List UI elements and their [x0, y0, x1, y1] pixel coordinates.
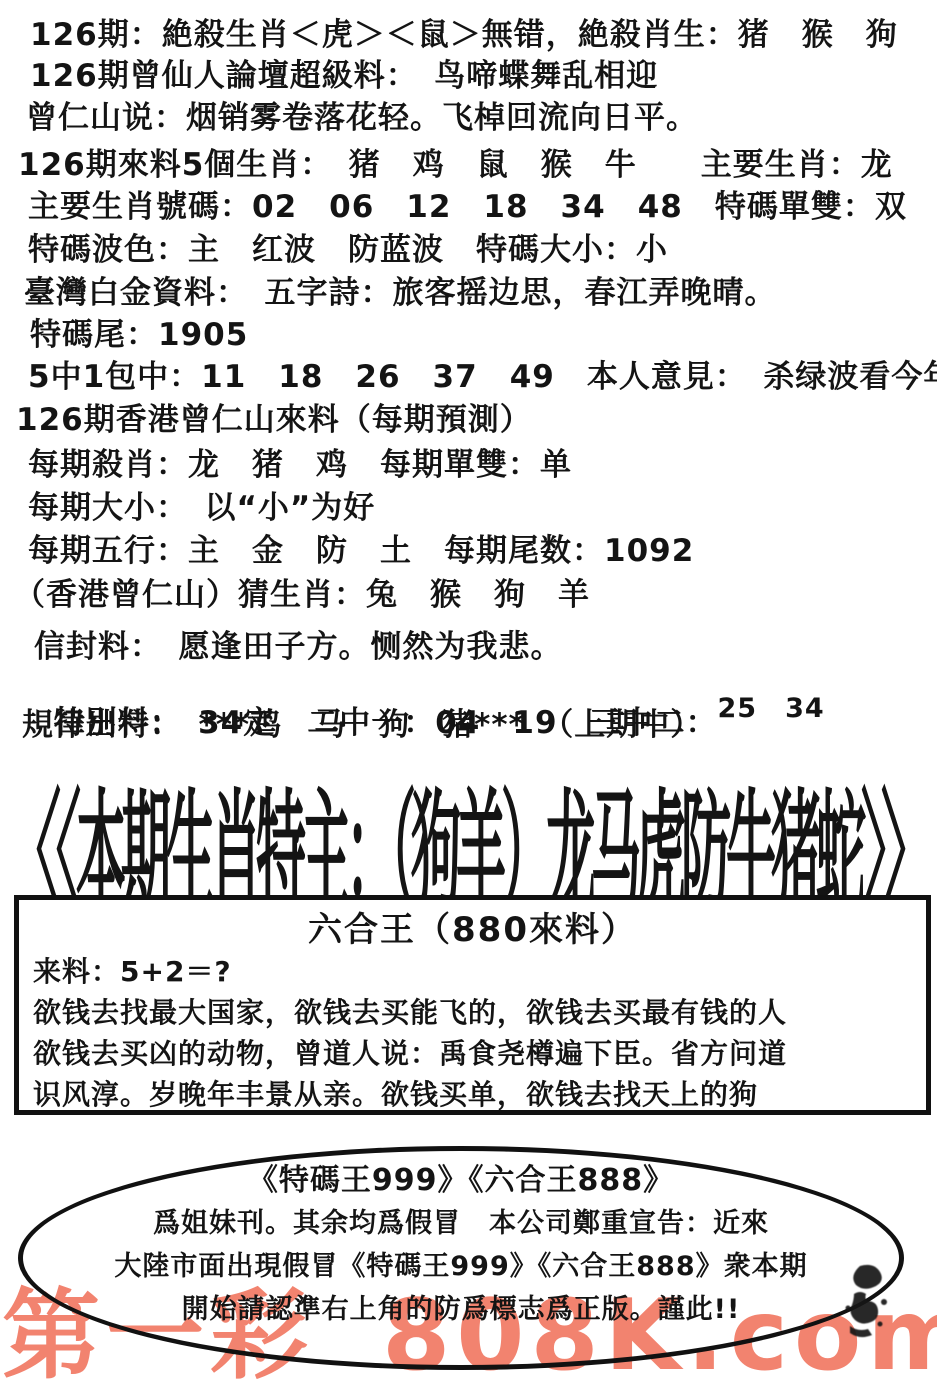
promo-oval: 《特碼王999》《六合王888》 爲姐妹刊。其余均爲假冒 本公司鄭重宣告：近來 …: [18, 1146, 904, 1370]
box-line-riddle-1: 欲钱去找最大国家，欲钱去买能飞的，欲钱去买最有钱的人: [33, 992, 912, 1033]
text-line-taiwan-poem: 臺灣白金資料： 五字詩：旅客摇边思，春江弄晚晴。: [24, 276, 777, 310]
oval-line-titles: 《特碼王999》《六合王888》: [23, 1159, 899, 1202]
text-line-pattern-special: 規律出特： ***鸡 马 狗 猪*** （上期中）: [22, 708, 702, 742]
text-line-envelope: 信封料： 愿逢田子方。恻然为我悲。: [34, 630, 563, 664]
box-title-text: 六合王（880來料）: [33, 902, 912, 951]
text-line-wave-color: 特碼波色：主 红波 防蓝波 特碼大小：小: [28, 233, 668, 267]
text-line-five-zodiacs: 126期來料5個生肖： 猪 鸡 鼠 猴 牛 主要生肖：龙: [18, 148, 893, 182]
oval-line-sister: 爲姐妹刊。其余均爲假冒 本公司鄭重宣告：近來: [23, 1202, 899, 1245]
box-line-riddle-3: 识风淳。岁晚年丰景从亲。欲钱买单，欲钱去找天上的狗: [33, 1074, 912, 1115]
text-line-kill-per-issue: 每期殺肖：龙 猪 鸡 每期單雙：单: [28, 448, 572, 482]
text-line-main-numbers: 主要生肖號碼：02 06 12 18 34 48 特碼單雙：双: [28, 190, 907, 224]
text-line-immortal-forum: 126期曾仙人論壇超級料： 鸟啼蝶舞乱相迎: [30, 59, 658, 93]
special-material-superscript: 25 34: [718, 694, 825, 724]
box-line-formula: 来料：5+2＝?: [33, 951, 912, 992]
oval-line-genuine: 開始請認準右上角的防爲標志爲正版。謹此!!: [23, 1288, 899, 1331]
text-line-tail-numbers: 特碼尾：1905: [30, 318, 248, 352]
text-line-five-elements: 每期五行：主 金 防 土 每期尾数：1092: [28, 534, 694, 568]
text-line-big-small: 每期大小： 以“小”为好: [28, 491, 375, 525]
text-line-five-in-one: 5中1包中：11 18 26 37 49 本人意見： 杀绿波看今年: [28, 360, 937, 394]
text-line-zengrenshan-says: 曾仁山说：烟销雾卷落花轻。飞棹回流向日平。: [26, 101, 698, 135]
info-box: 六合王（880來料） 来料：5+2＝? 欲钱去找最大国家，欲钱去买能飞的，欲钱去…: [14, 895, 931, 1115]
text-line-guess-zodiac: （香港曾仁山）猜生肖：兔 猴 狗 羊: [14, 578, 590, 612]
oval-line-counterfeit: 大陸市面出現假冒《特碼王999》《六合王888》衆本期: [23, 1245, 899, 1288]
text-line-kill-zodiac: 126期：絶殺生肖＜虎＞＜鼠＞無错，絶殺肖生：猪 猴 狗: [30, 18, 898, 52]
box-line-riddle-2: 欲钱去买凶的动物，曾道人说：禹食尧樽遍下臣。省方问道: [33, 1033, 912, 1074]
seal-stamp: [840, 1264, 894, 1338]
text-line-hk-source: 126期香港曾仁山來料（每期預測）: [16, 403, 532, 437]
